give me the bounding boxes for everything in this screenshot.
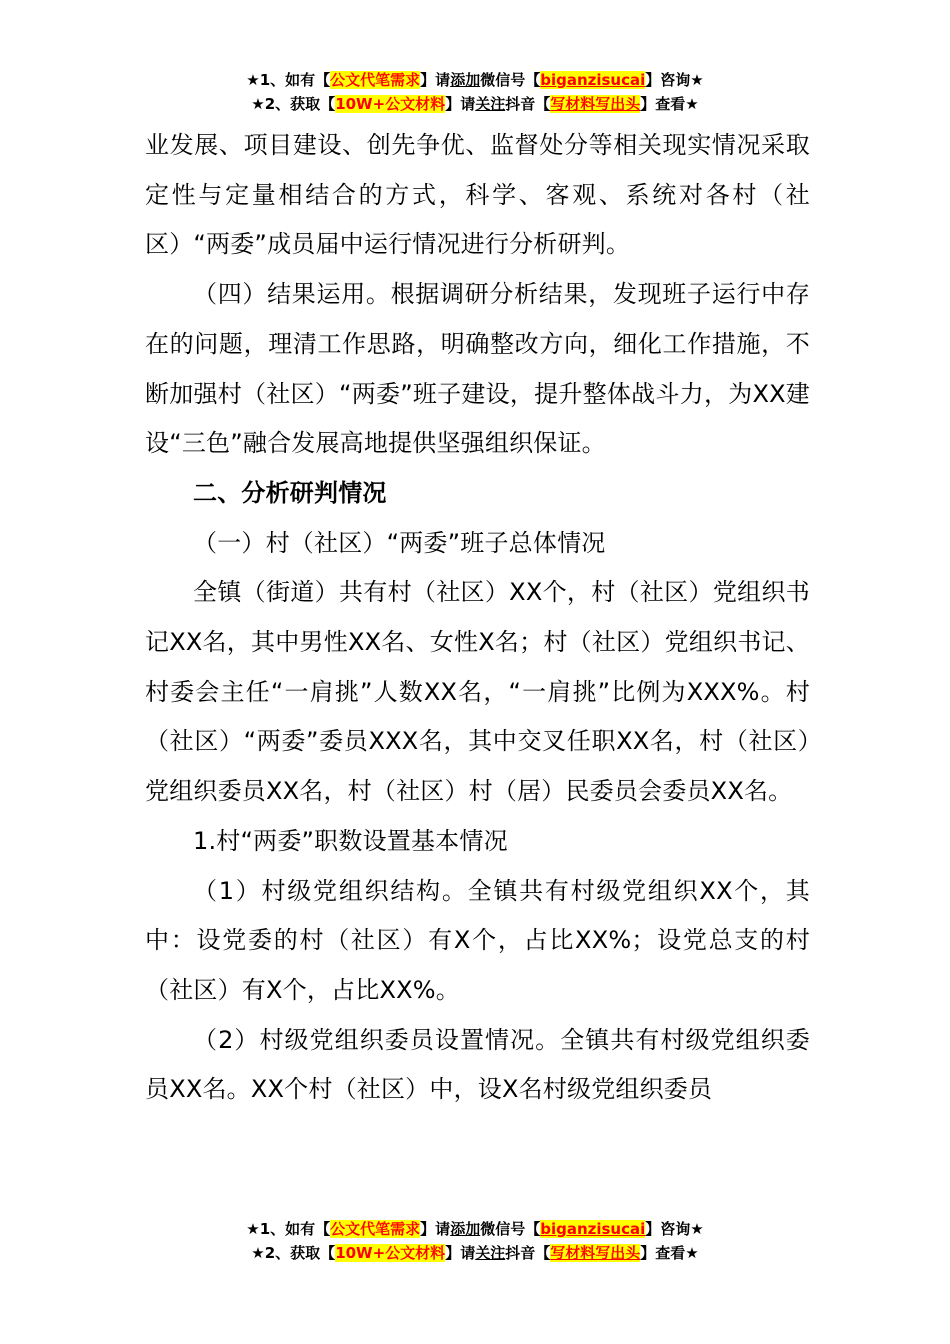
banner-text: 抖音【: [505, 1244, 550, 1262]
banner-text: ★2、获取【: [251, 1244, 335, 1262]
banner-text: 】请: [420, 71, 450, 89]
subsection-heading: （一）村（社区）“两委”班子总体情况: [145, 519, 810, 569]
banner-text: 】请: [445, 1244, 475, 1262]
douyin-account: 写材料写出头: [550, 1244, 640, 1262]
banner-line-2: ★2、获取【10W+公文材料】请关注抖音【写材料写出头】查看★: [0, 92, 950, 116]
banner-text: 】咨询★: [645, 71, 703, 89]
highlight-materials: 10W+公文材料: [335, 1244, 445, 1262]
highlight-materials: 10W+公文材料: [335, 95, 445, 113]
paragraph-analysis-method: 业发展、项目建设、创先争优、监督处分等相关现实情况采取定性与定量相结合的方式，科…: [145, 121, 810, 270]
wechat-id: biganzisucai: [540, 71, 645, 89]
header-promo-banner: ★1、如有【公文代笔需求】请添加微信号【biganzisucai】咨询★ ★2、…: [0, 68, 950, 116]
banner-text: 】查看★: [640, 95, 698, 113]
paragraph-result-application: （四）结果运用。根据调研分析结果，发现班子运行中存在的问题，理清工作思路，明确整…: [145, 270, 810, 469]
banner-text: 】咨询★: [645, 1220, 703, 1238]
banner-text: ★1、如有【: [246, 71, 330, 89]
banner-line-1: ★1、如有【公文代笔需求】请添加微信号【biganzisucai】咨询★: [0, 1217, 950, 1241]
underlined-follow: 关注: [475, 1244, 505, 1262]
highlight-service: 公文代笔需求: [330, 71, 420, 89]
paragraph-committee-members: （2）村级党组织委员设置情况。全镇共有村级党组织委员XX名。XX个村（社区）中，…: [145, 1016, 810, 1115]
banner-line-2: ★2、获取【10W+公文材料】请关注抖音【写材料写出头】查看★: [0, 1241, 950, 1265]
paragraph-overview: 全镇（街道）共有村（社区）XX个，村（社区）党组织书记XX名，其中男性XX名、女…: [145, 568, 810, 817]
footer-promo-banner: ★1、如有【公文代笔需求】请添加微信号【biganzisucai】咨询★ ★2、…: [0, 1217, 950, 1265]
underlined-add: 添加: [450, 71, 480, 89]
underlined-follow: 关注: [475, 95, 505, 113]
banner-text: 】查看★: [640, 1244, 698, 1262]
banner-text: 微信号【: [480, 1220, 540, 1238]
banner-text: ★2、获取【: [251, 95, 335, 113]
banner-text: 】请: [445, 95, 475, 113]
banner-line-1: ★1、如有【公文代笔需求】请添加微信号【biganzisucai】咨询★: [0, 68, 950, 92]
paragraph-party-structure: （1）村级党组织结构。全镇共有村级党组织XX个，其中：设党委的村（社区）有X个，…: [145, 867, 810, 1016]
document-body: 业发展、项目建设、创先争优、监督处分等相关现实情况采取定性与定量相结合的方式，科…: [145, 121, 810, 1115]
banner-text: 抖音【: [505, 95, 550, 113]
banner-text: 】请: [420, 1220, 450, 1238]
highlight-service: 公文代笔需求: [330, 1220, 420, 1238]
item-heading: 1.村“两委”职数设置基本情况: [145, 817, 810, 867]
underlined-add: 添加: [450, 1220, 480, 1238]
banner-text: 微信号【: [480, 71, 540, 89]
banner-text: ★1、如有【: [246, 1220, 330, 1238]
section-heading: 二、分析研判情况: [145, 469, 810, 519]
wechat-id: biganzisucai: [540, 1220, 645, 1238]
douyin-account: 写材料写出头: [550, 95, 640, 113]
